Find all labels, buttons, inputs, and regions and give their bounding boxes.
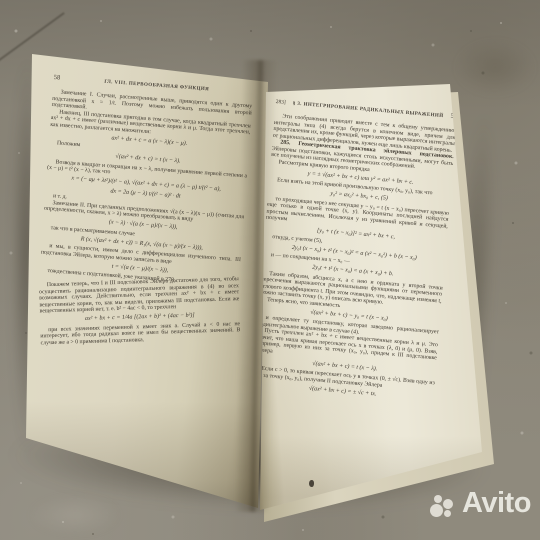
avito-circle-small-top	[434, 495, 442, 503]
left-page-text: 58 ГЛ. VIII. ПЕРВООБРАЗНАЯ ФУНКЦИЯ Замеч…	[34, 74, 253, 360]
avito-logo-icon	[430, 495, 457, 522]
avito-watermark: Avito	[430, 487, 531, 522]
right-page-text: 283] § 3. ИНТЕГРИРОВАНИЕ РАДИКАЛЬНЫХ ВЫР…	[251, 98, 457, 405]
concrete-stain-top-right	[455, 40, 535, 95]
concrete-speckles-dark	[0, 0, 2, 2]
avito-circle-large	[430, 504, 443, 517]
left-page-bottom-section: Покажем теперь, что I и III подстановок …	[39, 276, 241, 346]
avito-circle-small-bottom	[444, 510, 451, 517]
avito-circle-medium	[443, 499, 453, 509]
book-left-page: 58 ГЛ. VIII. ПЕРВООБРАЗНАЯ ФУНКЦИЯ Замеч…	[24, 52, 268, 512]
page-speck-stain	[309, 480, 314, 487]
paragraph: при всех значениях переменной x имеет зн…	[40, 320, 241, 346]
paragraph: Покажем теперь, что I и III подстановок …	[39, 276, 240, 315]
book-right-page: 283] § 3. ИНТЕГРИРОВАНИЕ РАДИКАЛЬНЫХ ВЫР…	[254, 80, 486, 514]
avito-wordmark: Avito	[462, 487, 531, 520]
